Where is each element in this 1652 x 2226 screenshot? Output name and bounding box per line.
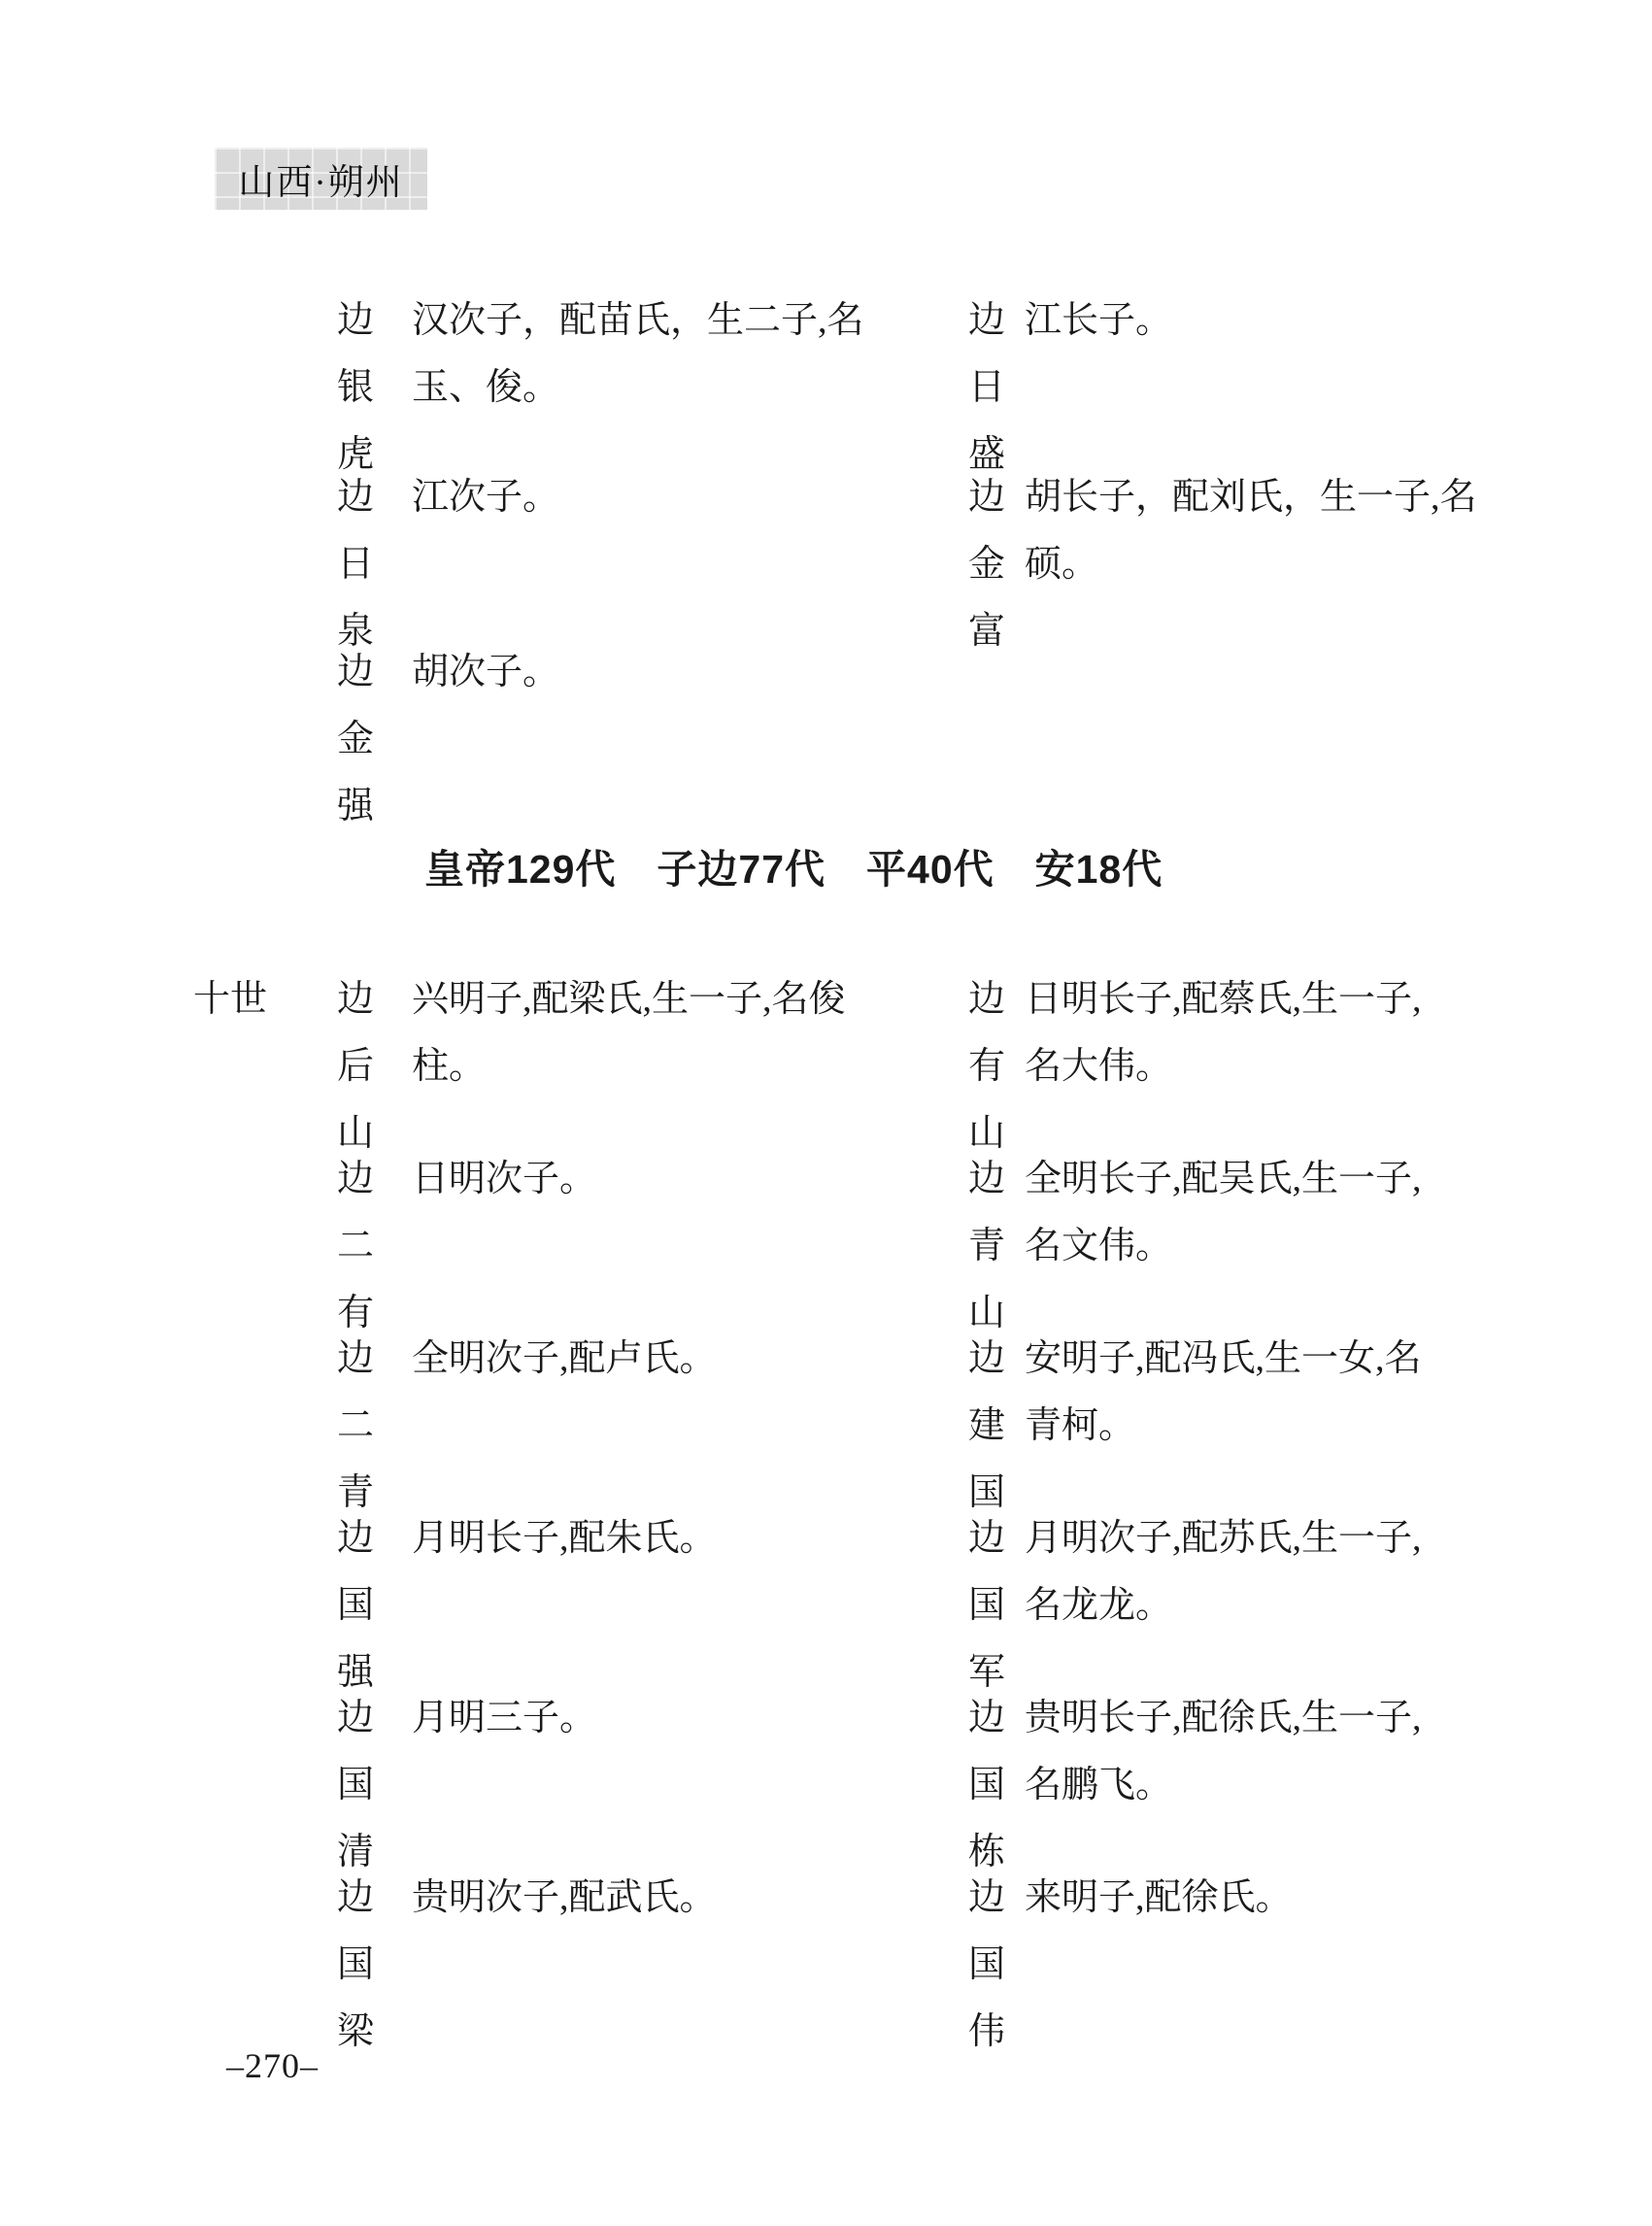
person-name: 边国梁 — [337, 1865, 382, 2066]
description-line: 柱。 — [412, 1033, 846, 1100]
person-description: 全明次子,配卢氏。 — [412, 1326, 717, 1393]
person-description: 兴明子,配梁氏,生一子,名俊 柱。 — [412, 966, 846, 1100]
description-line: 青柯。 — [1025, 1393, 1422, 1460]
region-badge-text: 山西·朔州 — [238, 152, 403, 205]
description-line: 胡长子，配刘氏，生一子,名 — [1025, 464, 1477, 531]
person-name: 边二有 — [337, 1146, 382, 1347]
description-line: 全明长子,配吴氏,生一子, — [1025, 1146, 1422, 1213]
person-description: 月明三子。 — [412, 1685, 596, 1752]
person-name: 边银虎 — [337, 287, 382, 489]
person-name: 边国栋 — [968, 1685, 1013, 1886]
description-line: 贵明次子,配武氏。 — [412, 1865, 717, 1932]
person-description: 月明长子,配朱氏。 — [412, 1505, 717, 1572]
person-description: 江长子。 — [1025, 287, 1172, 354]
person-description: 胡次子。 — [412, 639, 559, 706]
person-description: 日明长子,配蔡氏,生一子, 名大伟。 — [1025, 966, 1422, 1100]
person-name: 边金强 — [337, 639, 382, 840]
page-number: –270– — [226, 2045, 319, 2086]
description-line: 胡次子。 — [412, 639, 559, 706]
person-name: 边金富 — [968, 464, 1013, 665]
description-line: 月明三子。 — [412, 1685, 596, 1752]
person-description: 贵明长子,配徐氏,生一子, 名鹏飞。 — [1025, 1685, 1422, 1819]
person-name: 边建国 — [968, 1326, 1013, 1527]
description-line: 来明子,配徐氏。 — [1025, 1865, 1293, 1932]
description-line: 日明长子,配蔡氏,生一子, — [1025, 966, 1422, 1033]
person-description: 日明次子。 — [412, 1146, 596, 1213]
description-line: 月明次子,配苏氏,生一子, — [1025, 1505, 1422, 1572]
description-line: 名鹏飞。 — [1025, 1752, 1422, 1819]
person-name: 边国清 — [337, 1685, 382, 1886]
person-description: 月明次子,配苏氏,生一子, 名龙龙。 — [1025, 1505, 1422, 1639]
person-description: 汉次子，配苗氏，生二子,名 玉、俊。 — [412, 287, 864, 422]
description-line: 江次子。 — [412, 464, 559, 531]
person-description: 贵明次子,配武氏。 — [412, 1865, 717, 1932]
person-name: 边国军 — [968, 1505, 1013, 1706]
person-name: 边青山 — [968, 1146, 1013, 1347]
description-line: 江长子。 — [1025, 287, 1172, 354]
description-line: 名文伟。 — [1025, 1213, 1422, 1280]
generation-label: 十世 — [193, 966, 267, 1033]
person-description: 江次子。 — [412, 464, 559, 531]
description-line: 贵明长子,配徐氏,生一子, — [1025, 1685, 1422, 1752]
person-name: 边国伟 — [968, 1865, 1013, 2066]
person-description: 安明子,配冯氏,生一女,名 青柯。 — [1025, 1326, 1422, 1460]
description-line: 全明次子,配卢氏。 — [412, 1326, 717, 1393]
description-line: 名龙龙。 — [1025, 1572, 1422, 1639]
person-name: 边国强 — [337, 1505, 382, 1706]
genealogy-page: 山西·朔州 边银虎 汉次子，配苗氏，生二子,名 玉、俊。 边日盛 江长子。 边日… — [0, 0, 1652, 2226]
region-badge: 山西·朔州 — [215, 148, 427, 210]
description-line: 汉次子，配苗氏，生二子,名 — [412, 287, 864, 354]
description-line: 安明子,配冯氏,生一女,名 — [1025, 1326, 1422, 1393]
person-name: 边日泉 — [337, 464, 382, 665]
person-description: 来明子,配徐氏。 — [1025, 1865, 1293, 1932]
description-line: 名大伟。 — [1025, 1033, 1422, 1100]
person-name: 边后山 — [337, 966, 382, 1167]
description-line: 硕。 — [1025, 531, 1477, 598]
description-line: 兴明子,配梁氏,生一子,名俊 — [412, 966, 846, 1033]
person-name: 边日盛 — [968, 287, 1013, 489]
description-line: 玉、俊。 — [412, 354, 864, 422]
description-line: 月明长子,配朱氏。 — [412, 1505, 717, 1572]
person-name: 边二青 — [337, 1326, 382, 1527]
person-name: 边有山 — [968, 966, 1013, 1167]
generation-heading: 皇帝129代 子边77代 平40代 安18代 — [424, 837, 1163, 894]
description-line: 日明次子。 — [412, 1146, 596, 1213]
person-description: 胡长子，配刘氏，生一子,名 硕。 — [1025, 464, 1477, 598]
person-description: 全明长子,配吴氏,生一子, 名文伟。 — [1025, 1146, 1422, 1280]
